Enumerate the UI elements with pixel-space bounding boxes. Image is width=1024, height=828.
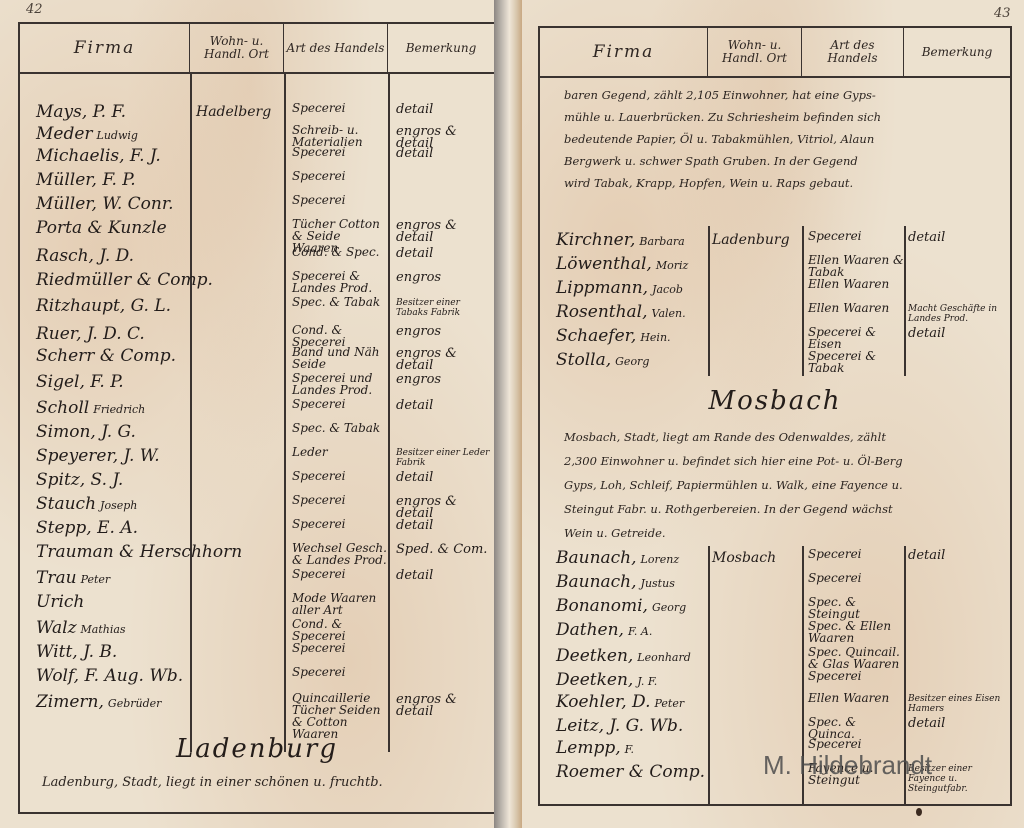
column-divider: [802, 226, 804, 376]
firm-name: Müller, F. P.: [36, 170, 140, 190]
firm-surname: Ruer, J. D. C.: [36, 324, 145, 344]
trade-type: Leder: [292, 446, 388, 458]
trade-type: Specerei: [808, 670, 904, 682]
firm-name: Lippmann,Jacob: [556, 278, 683, 298]
trade-type: Wechsel Gesch. & Landes Prod.: [292, 542, 388, 566]
trade-type: Cond. & Spec.: [292, 246, 388, 258]
description-line: Gyps, Loh, Schleif, Papiermühlen u. Walk…: [564, 474, 903, 496]
firm-name: Urich: [36, 592, 88, 612]
firm-name: Baunach,Lorenz: [556, 548, 679, 568]
firm-given-name: Moriz: [656, 259, 688, 272]
remark: detail: [908, 328, 1004, 340]
firm-name: Rasch, J. D.: [36, 246, 138, 266]
firm-surname: Stauch: [36, 494, 96, 514]
firm-name: Koehler, D.Peter: [556, 692, 684, 712]
remark: Besitzer einer Tabaks Fabrik: [396, 298, 492, 318]
remark: detail: [396, 570, 492, 582]
firm-surname: Löwenthal,: [556, 254, 652, 274]
table-header-right: Firma Wohn- u. Handl. Ort Art des Handel…: [540, 28, 1010, 78]
firm-name: Lempp,F.: [556, 738, 634, 758]
trade-type: Ellen Waaren: [808, 278, 904, 290]
firm-name: Baunach,Justus: [556, 572, 675, 592]
firm-name: Trauman & Herschhorn: [36, 542, 246, 562]
section-title-mosbach: Mosbach: [540, 386, 1010, 416]
firm-name: Dathen,F. A.: [556, 620, 652, 640]
firm-surname: Trauman & Herschhorn: [36, 542, 242, 562]
description-line: Wein u. Getreide.: [564, 522, 666, 544]
trade-type: Specerei: [292, 642, 388, 654]
firm-given-name: J. F.: [637, 675, 657, 688]
remark: Besitzer einer Leder Fabrik: [396, 448, 492, 468]
remark: engros: [396, 374, 492, 386]
firm-name: WalzMathias: [36, 618, 126, 638]
remark: engros & detail: [396, 496, 492, 520]
trade-type: Specerei: [808, 548, 904, 560]
column-divider: [708, 226, 710, 376]
trade-type: Ellen Waaren: [808, 302, 904, 314]
trade-type: Specerei: [292, 568, 388, 580]
firm-name: Stolla,Georg: [556, 350, 649, 370]
firm-given-name: Lorenz: [641, 553, 680, 566]
firm-name: Rosenthal,Valen.: [556, 302, 686, 322]
firm-surname: Lempp,: [556, 738, 621, 758]
firm-surname: Deetken,: [556, 670, 633, 690]
trade-type: Specerei: [292, 170, 388, 182]
firm-name: TrauPeter: [36, 568, 110, 588]
column-divider: [190, 72, 192, 752]
page-number-left: 42: [26, 2, 43, 17]
firm-name: Wolf, F. Aug. Wb.: [36, 666, 187, 686]
trade-type: Specerei: [292, 494, 388, 506]
firm-surname: Porta & Kunzle: [36, 218, 167, 238]
remark: Besitzer eines Eisen Hamers: [908, 694, 1004, 714]
firm-surname: Sigel, F. P.: [36, 372, 124, 392]
firm-given-name: F. A.: [628, 625, 652, 638]
firm-surname: Mays, P. F.: [36, 102, 126, 122]
firm-surname: Koehler, D.: [556, 692, 650, 712]
firm-name: Ruer, J. D. C.: [36, 324, 149, 344]
trade-type: Specerei: [292, 470, 388, 482]
trade-type: Mode Waaren aller Art: [292, 592, 388, 616]
firm-given-name: Valen.: [652, 307, 686, 320]
remark: detail: [396, 400, 492, 412]
trade-type: Quincaillerie Tücher Seiden & Cotton Waa…: [292, 692, 388, 740]
header-art: Art des Handels: [802, 28, 904, 76]
firm-surname: Scherr & Comp.: [36, 346, 176, 366]
firm-name: SchollFriedrich: [36, 398, 145, 418]
firm-surname: Müller, W. Conr.: [36, 194, 174, 214]
location: Ladenburg: [712, 232, 790, 248]
trade-type: Specerei: [292, 102, 388, 114]
firm-name: Müller, W. Conr.: [36, 194, 178, 214]
firm-surname: Stolla,: [556, 350, 611, 370]
header-ort: Wohn- u. Handl. Ort: [190, 24, 284, 72]
firm-given-name: Leonhard: [637, 651, 690, 664]
firm-given-name: Mathias: [81, 623, 126, 636]
section-text-ladenburg: Ladenburg, Stadt, liegt in einer schönen…: [42, 772, 383, 794]
firm-surname: Trau: [36, 568, 77, 588]
firm-given-name: Friedrich: [93, 403, 145, 416]
description-line: mühle u. Lauerbrücken. Zu Schriesheim be…: [564, 106, 881, 128]
firm-surname: Lippmann,: [556, 278, 648, 298]
firm-name: Sigel, F. P.: [36, 372, 128, 392]
trade-type: Cond. & Specerei: [292, 618, 388, 642]
firm-name: Leitz, J. G. Wb.: [556, 716, 687, 736]
firm-name: Roemer & Comp.: [556, 762, 709, 782]
firm-name: Mays, P. F.: [36, 102, 130, 122]
firm-surname: Spitz, S. J.: [36, 470, 123, 490]
ink-stain: [916, 808, 922, 816]
ledger-table-left: Firma Wohn- u. Handl. Ort Art des Handel…: [18, 22, 496, 814]
firm-name: Simon, J. G.: [36, 422, 140, 442]
column-divider: [904, 226, 906, 376]
firm-surname: Müller, F. P.: [36, 170, 136, 190]
trade-type: Spec. & Tabak: [292, 296, 388, 308]
firm-given-name: Ludwig: [97, 129, 138, 142]
remark: Macht Geschäfte in Landes Prod.: [908, 304, 1004, 324]
remark: detail: [396, 472, 492, 484]
trade-type: Band und Näh Seide: [292, 346, 388, 370]
remark: detail: [396, 148, 492, 160]
right-page: 43 Firma Wohn- u. Handl. Ort Art des Han…: [522, 0, 1024, 828]
trade-type: Spec. & Ellen Waaren: [808, 620, 904, 644]
left-page: 42 Firma Wohn- u. Handl. Ort Art des Han…: [0, 0, 500, 828]
ledger-table-right: Firma Wohn- u. Handl. Ort Art des Handel…: [538, 26, 1012, 806]
remark: engros & detail: [396, 694, 492, 718]
remark: engros: [396, 272, 492, 284]
firm-given-name: Gebrüder: [108, 697, 162, 710]
trade-type: Specerei: [292, 194, 388, 206]
trade-type: Spec. & Steingut: [808, 596, 904, 620]
firm-name: Löwenthal,Moriz: [556, 254, 688, 274]
remark: detail: [908, 550, 1004, 562]
trade-type: Specerei: [808, 230, 904, 242]
firm-name: Kirchner,Barbara: [556, 230, 685, 250]
trade-type: Specerei & Tabak: [808, 350, 904, 374]
firm-name: StauchJoseph: [36, 494, 137, 514]
firm-given-name: Justus: [641, 577, 675, 590]
location: Mosbach: [712, 550, 776, 566]
header-firma: Firma: [540, 28, 708, 76]
description-line: bedeutende Papier, Öl u. Tabakmühlen, Vi…: [564, 128, 874, 150]
firm-given-name: Barbara: [639, 235, 684, 248]
firm-surname: Kirchner,: [556, 230, 635, 250]
firm-name: Speyerer, J. W.: [36, 446, 164, 466]
firm-surname: Rasch, J. D.: [36, 246, 134, 266]
section-title-ladenburg: Ladenburg: [20, 734, 494, 764]
firm-name: Ritzhaupt, G. L.: [36, 296, 175, 316]
firm-given-name: Hein.: [640, 331, 670, 344]
remark: detail: [396, 248, 492, 260]
firm-surname: Bonanomi,: [556, 596, 648, 616]
trade-type: Specerei: [292, 146, 388, 158]
firm-name: Zimern,Gebrüder: [36, 692, 161, 712]
firm-surname: Ritzhaupt, G. L.: [36, 296, 171, 316]
firm-surname: Leitz, J. G. Wb.: [556, 716, 683, 736]
description-line: Steingut Fabr. u. Rothgerbereien. In der…: [564, 498, 893, 520]
firm-surname: Simon, J. G.: [36, 422, 136, 442]
book-spine: [494, 0, 522, 828]
trade-type: Specerei & Eisen: [808, 326, 904, 350]
firm-name: Schaefer,Hein.: [556, 326, 671, 346]
firm-surname: Stepp, E. A.: [36, 518, 138, 538]
firm-name: Riedmüller & Comp.: [36, 270, 217, 290]
firm-surname: Speyerer, J. W.: [36, 446, 160, 466]
firm-surname: Wolf, F. Aug. Wb.: [36, 666, 183, 686]
trade-type: Ellen Waaren: [808, 692, 904, 704]
trade-type: Specerei und Landes Prod.: [292, 372, 388, 396]
firm-given-name: Georg: [652, 601, 686, 614]
remark: detail: [396, 520, 492, 532]
remark: engros & detail: [396, 348, 492, 372]
header-firma: Firma: [20, 24, 190, 72]
watermark: M. Hildebrandt: [763, 750, 932, 781]
firm-surname: Zimern,: [36, 692, 104, 712]
remark: detail: [396, 104, 492, 116]
trade-type: Specerei: [808, 572, 904, 584]
firm-surname: Dathen,: [556, 620, 624, 640]
firm-given-name: Georg: [615, 355, 649, 368]
page-number-right: 43: [994, 6, 1011, 21]
firm-surname: Rosenthal,: [556, 302, 648, 322]
firm-name: Porta & Kunzle: [36, 218, 171, 238]
trade-type: Specerei & Landes Prod.: [292, 270, 388, 294]
firm-name: Scherr & Comp.: [36, 346, 180, 366]
remark: detail: [908, 232, 1004, 244]
firm-name: Michaelis, F. J.: [36, 146, 165, 166]
header-bemerkung: Bemerkung: [904, 28, 1010, 76]
firm-given-name: Joseph: [100, 499, 137, 512]
column-divider: [388, 72, 390, 752]
trade-type: Specerei: [292, 518, 388, 530]
firm-given-name: Jacob: [652, 283, 683, 296]
firm-surname: Witt, J. B.: [36, 642, 117, 662]
header-bemerkung: Bemerkung: [388, 24, 494, 72]
header-ort: Wohn- u. Handl. Ort: [708, 28, 802, 76]
firm-surname: Baunach,: [556, 548, 637, 568]
trade-type: Specerei: [292, 666, 388, 678]
description-line: 2,300 Einwohner u. befindet sich hier ei…: [564, 450, 903, 472]
firm-surname: Meder: [36, 124, 93, 144]
firm-surname: Baunach,: [556, 572, 637, 592]
header-art: Art des Handels: [284, 24, 388, 72]
trade-type: Specerei: [292, 398, 388, 410]
firm-name: Stepp, E. A.: [36, 518, 142, 538]
trade-type: Ellen Waaren & Tabak: [808, 254, 904, 278]
firm-surname: Scholl: [36, 398, 89, 418]
firm-surname: Michaelis, F. J.: [36, 146, 161, 166]
column-divider: [284, 72, 286, 752]
firm-surname: Roemer & Comp.: [556, 762, 705, 782]
description-line: baren Gegend, zählt 2,105 Einwohner, hat…: [564, 84, 876, 106]
firm-given-name: Peter: [654, 697, 684, 710]
remark: engros: [396, 326, 492, 338]
firm-name: Spitz, S. J.: [36, 470, 127, 490]
description-line: Bergwerk u. schwer Spath Gruben. In der …: [564, 150, 858, 172]
description-line: wird Tabak, Krapp, Hopfen, Wein u. Raps …: [564, 172, 853, 194]
remark: engros & detail: [396, 220, 492, 244]
firm-name: MederLudwig: [36, 124, 138, 144]
firm-surname: Deetken,: [556, 646, 633, 666]
remark: detail: [908, 718, 1004, 730]
location: Hadelberg: [196, 104, 271, 120]
firm-surname: Riedmüller & Comp.: [36, 270, 213, 290]
firm-given-name: F.: [625, 743, 634, 756]
table-header-left: Firma Wohn- u. Handl. Ort Art des Handel…: [20, 24, 494, 74]
trade-type: Spec. Quincail. & Glas Waaren: [808, 646, 904, 670]
trade-type: Specerei: [808, 738, 904, 750]
description-line: Mosbach, Stadt, liegt am Rande des Odenw…: [564, 426, 886, 448]
firm-given-name: Peter: [81, 573, 111, 586]
firm-name: Witt, J. B.: [36, 642, 121, 662]
firm-surname: Urich: [36, 592, 84, 612]
firm-name: Deetken,J. F.: [556, 670, 657, 690]
trade-type: Spec. & Tabak: [292, 422, 388, 434]
firm-name: Bonanomi,Georg: [556, 596, 686, 616]
remark: Sped. & Com.: [396, 544, 492, 556]
firm-surname: Walz: [36, 618, 77, 638]
firm-surname: Schaefer,: [556, 326, 636, 346]
firm-name: Deetken,Leonhard: [556, 646, 691, 666]
